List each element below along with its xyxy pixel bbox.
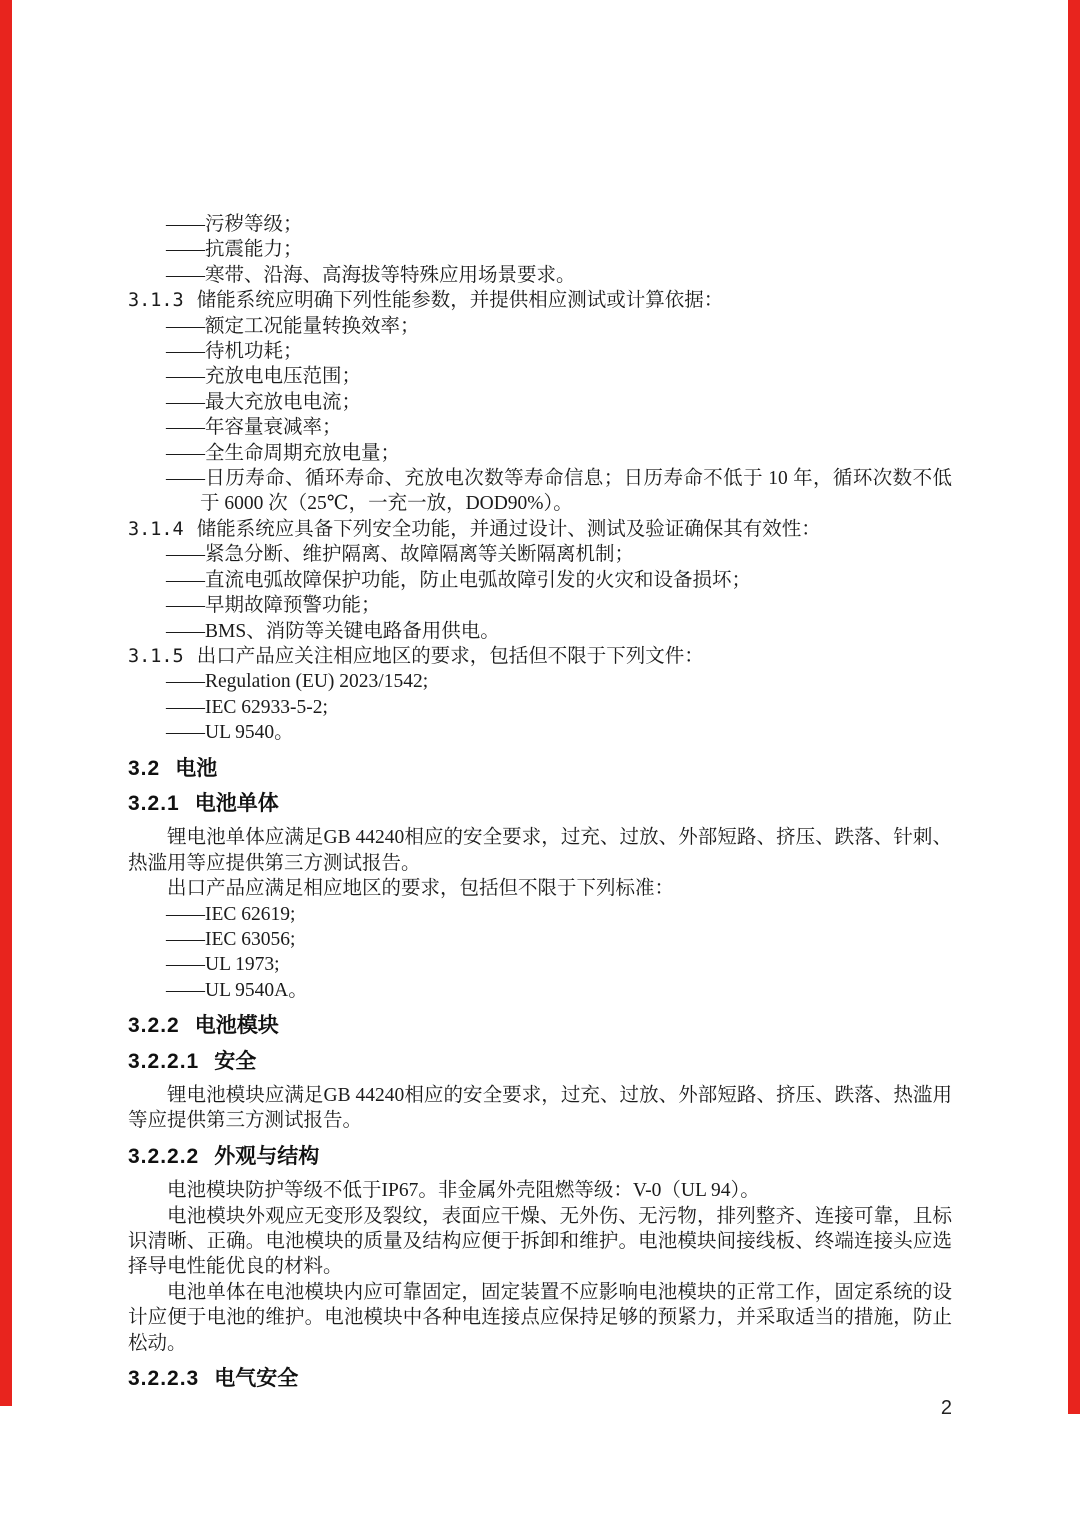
dash-item-ul-9540: ——UL 9540。: [128, 720, 952, 745]
heading-number: 3.2.1: [128, 792, 180, 815]
clause-3-1-3: 3.1.3储能系统应明确下列性能参数，并提供相应测试或计算依据：: [128, 288, 952, 313]
clause-3-1-4: 3.1.4储能系统应具备下列安全功能，并通过设计、测试及验证确保其有效性：: [128, 517, 952, 542]
heading-title: 电气安全: [214, 1367, 298, 1390]
clause-number: 3.1.4: [128, 519, 184, 540]
heading-title: 外观与结构: [214, 1145, 319, 1168]
paragraph-module-safety: 锂电池模块应满足GB 44240相应的安全要求，过充、过放、外部短路、挤压、跌落…: [128, 1083, 952, 1134]
paragraph-module-ip-rating: 电池模块防护等级不低于IP67。非金属外壳阻燃等级：V-0（UL 94）。: [128, 1178, 952, 1203]
dash-item-iec-62619: ——IEC 62619;: [128, 902, 952, 927]
document-page: ——污秽等级； ——抗震能力； ——寒带、沿海、高海拔等特殊应用场景要求。 3.…: [0, 0, 1080, 1527]
heading-3-2-2-module: 3.2.2电池模块: [128, 1013, 952, 1038]
dash-item-efficiency: ——额定工况能量转换效率；: [128, 314, 952, 339]
heading-title: 电池模块: [195, 1014, 279, 1037]
heading-3-2-2-2-appearance: 3.2.2.2外观与结构: [128, 1144, 952, 1169]
dash-item-isolation: ——紧急分断、维护隔离、故障隔离等关断隔离机制；: [128, 542, 952, 567]
heading-3-2-2-1-safety: 3.2.2.1安全: [128, 1049, 952, 1074]
dash-item-ul-1973: ——UL 1973;: [128, 952, 952, 977]
dash-item-regulation-eu: ——Regulation (EU) 2023/1542;: [128, 669, 952, 694]
heading-number: 3.2.2.1: [128, 1050, 199, 1073]
heading-number: 3.2.2.3: [128, 1367, 199, 1390]
clause-number: 3.1.5: [128, 646, 184, 667]
dash-item-life-info: ——日历寿命、循环寿命、充放电次数等寿命信息；日历寿命不低于 10 年，循环次数…: [128, 466, 952, 517]
dash-item-seismic: ——抗震能力；: [128, 237, 952, 262]
paragraph-module-fixing: 电池单体在电池模块内应可靠固定，固定装置不应影响电池模块的正常工作，固定系统的设…: [128, 1280, 952, 1356]
dash-item-max-current: ——最大充放电电流；: [128, 390, 952, 415]
clause-number: 3.1.3: [128, 290, 184, 311]
heading-3-2-1-cell: 3.2.1电池单体: [128, 791, 952, 816]
dash-item-standby-power: ——待机功耗；: [128, 339, 952, 364]
paragraph-cell-export: 出口产品应满足相应地区的要求，包括但不限于下列标准：: [128, 876, 952, 901]
heading-title: 电池单体: [195, 792, 279, 815]
heading-title: 电池: [175, 757, 217, 780]
page-number: 2: [941, 1396, 952, 1420]
dash-item-ul-9540a: ——UL 9540A。: [128, 978, 952, 1003]
clause-text: 储能系统应明确下列性能参数，并提供相应测试或计算依据：: [197, 290, 724, 311]
dash-item-voltage-range: ——充放电电压范围；: [128, 364, 952, 389]
dash-item-lifetime-energy: ——全生命周期充放电量；: [128, 441, 952, 466]
heading-3-2-battery: 3.2电池: [128, 756, 952, 781]
dash-item-early-warning: ——早期故障预警功能；: [128, 593, 952, 618]
right-edge-highlight-bar: [1068, 0, 1080, 1414]
dash-item-iec-62933: ——IEC 62933-5-2;: [128, 695, 952, 720]
paragraph-module-appearance: 电池模块外观应无变形及裂纹，表面应干燥、无外伤、无污物，排列整齐、连接可靠，且标…: [128, 1204, 952, 1280]
heading-number: 3.2.2: [128, 1014, 180, 1037]
clause-3-1-5: 3.1.5出口产品应关注相应地区的要求，包括但不限于下列文件：: [128, 644, 952, 669]
heading-number: 3.2: [128, 757, 160, 780]
left-edge-highlight-bar: [0, 0, 12, 1406]
dash-item-special-scenarios: ——寒带、沿海、高海拔等特殊应用场景要求。: [128, 263, 952, 288]
heading-title: 安全: [214, 1050, 256, 1073]
heading-number: 3.2.2.2: [128, 1145, 199, 1168]
paragraph-cell-safety: 锂电池单体应满足GB 44240相应的安全要求，过充、过放、外部短路、挤压、跌落…: [128, 825, 952, 876]
dash-item-backup-power: ——BMS、消防等关键电路备用供电。: [128, 619, 952, 644]
clause-text: 出口产品应关注相应地区的要求，包括但不限于下列文件：: [197, 646, 704, 667]
heading-3-2-2-3-electrical-safety: 3.2.2.3电气安全: [128, 1366, 952, 1391]
clause-text: 储能系统应具备下列安全功能，并通过设计、测试及验证确保其有效性：: [197, 519, 821, 540]
dash-item-pollution-degree: ——污秽等级；: [128, 212, 952, 237]
dash-item-capacity-fade: ——年容量衰减率；: [128, 415, 952, 440]
document-body: ——污秽等级； ——抗震能力； ——寒带、沿海、高海拔等特殊应用场景要求。 3.…: [128, 212, 952, 1400]
dash-item-iec-63056: ——IEC 63056;: [128, 927, 952, 952]
dash-item-arc-protection: ——直流电弧故障保护功能，防止电弧故障引发的火灾和设备损坏；: [128, 568, 952, 593]
